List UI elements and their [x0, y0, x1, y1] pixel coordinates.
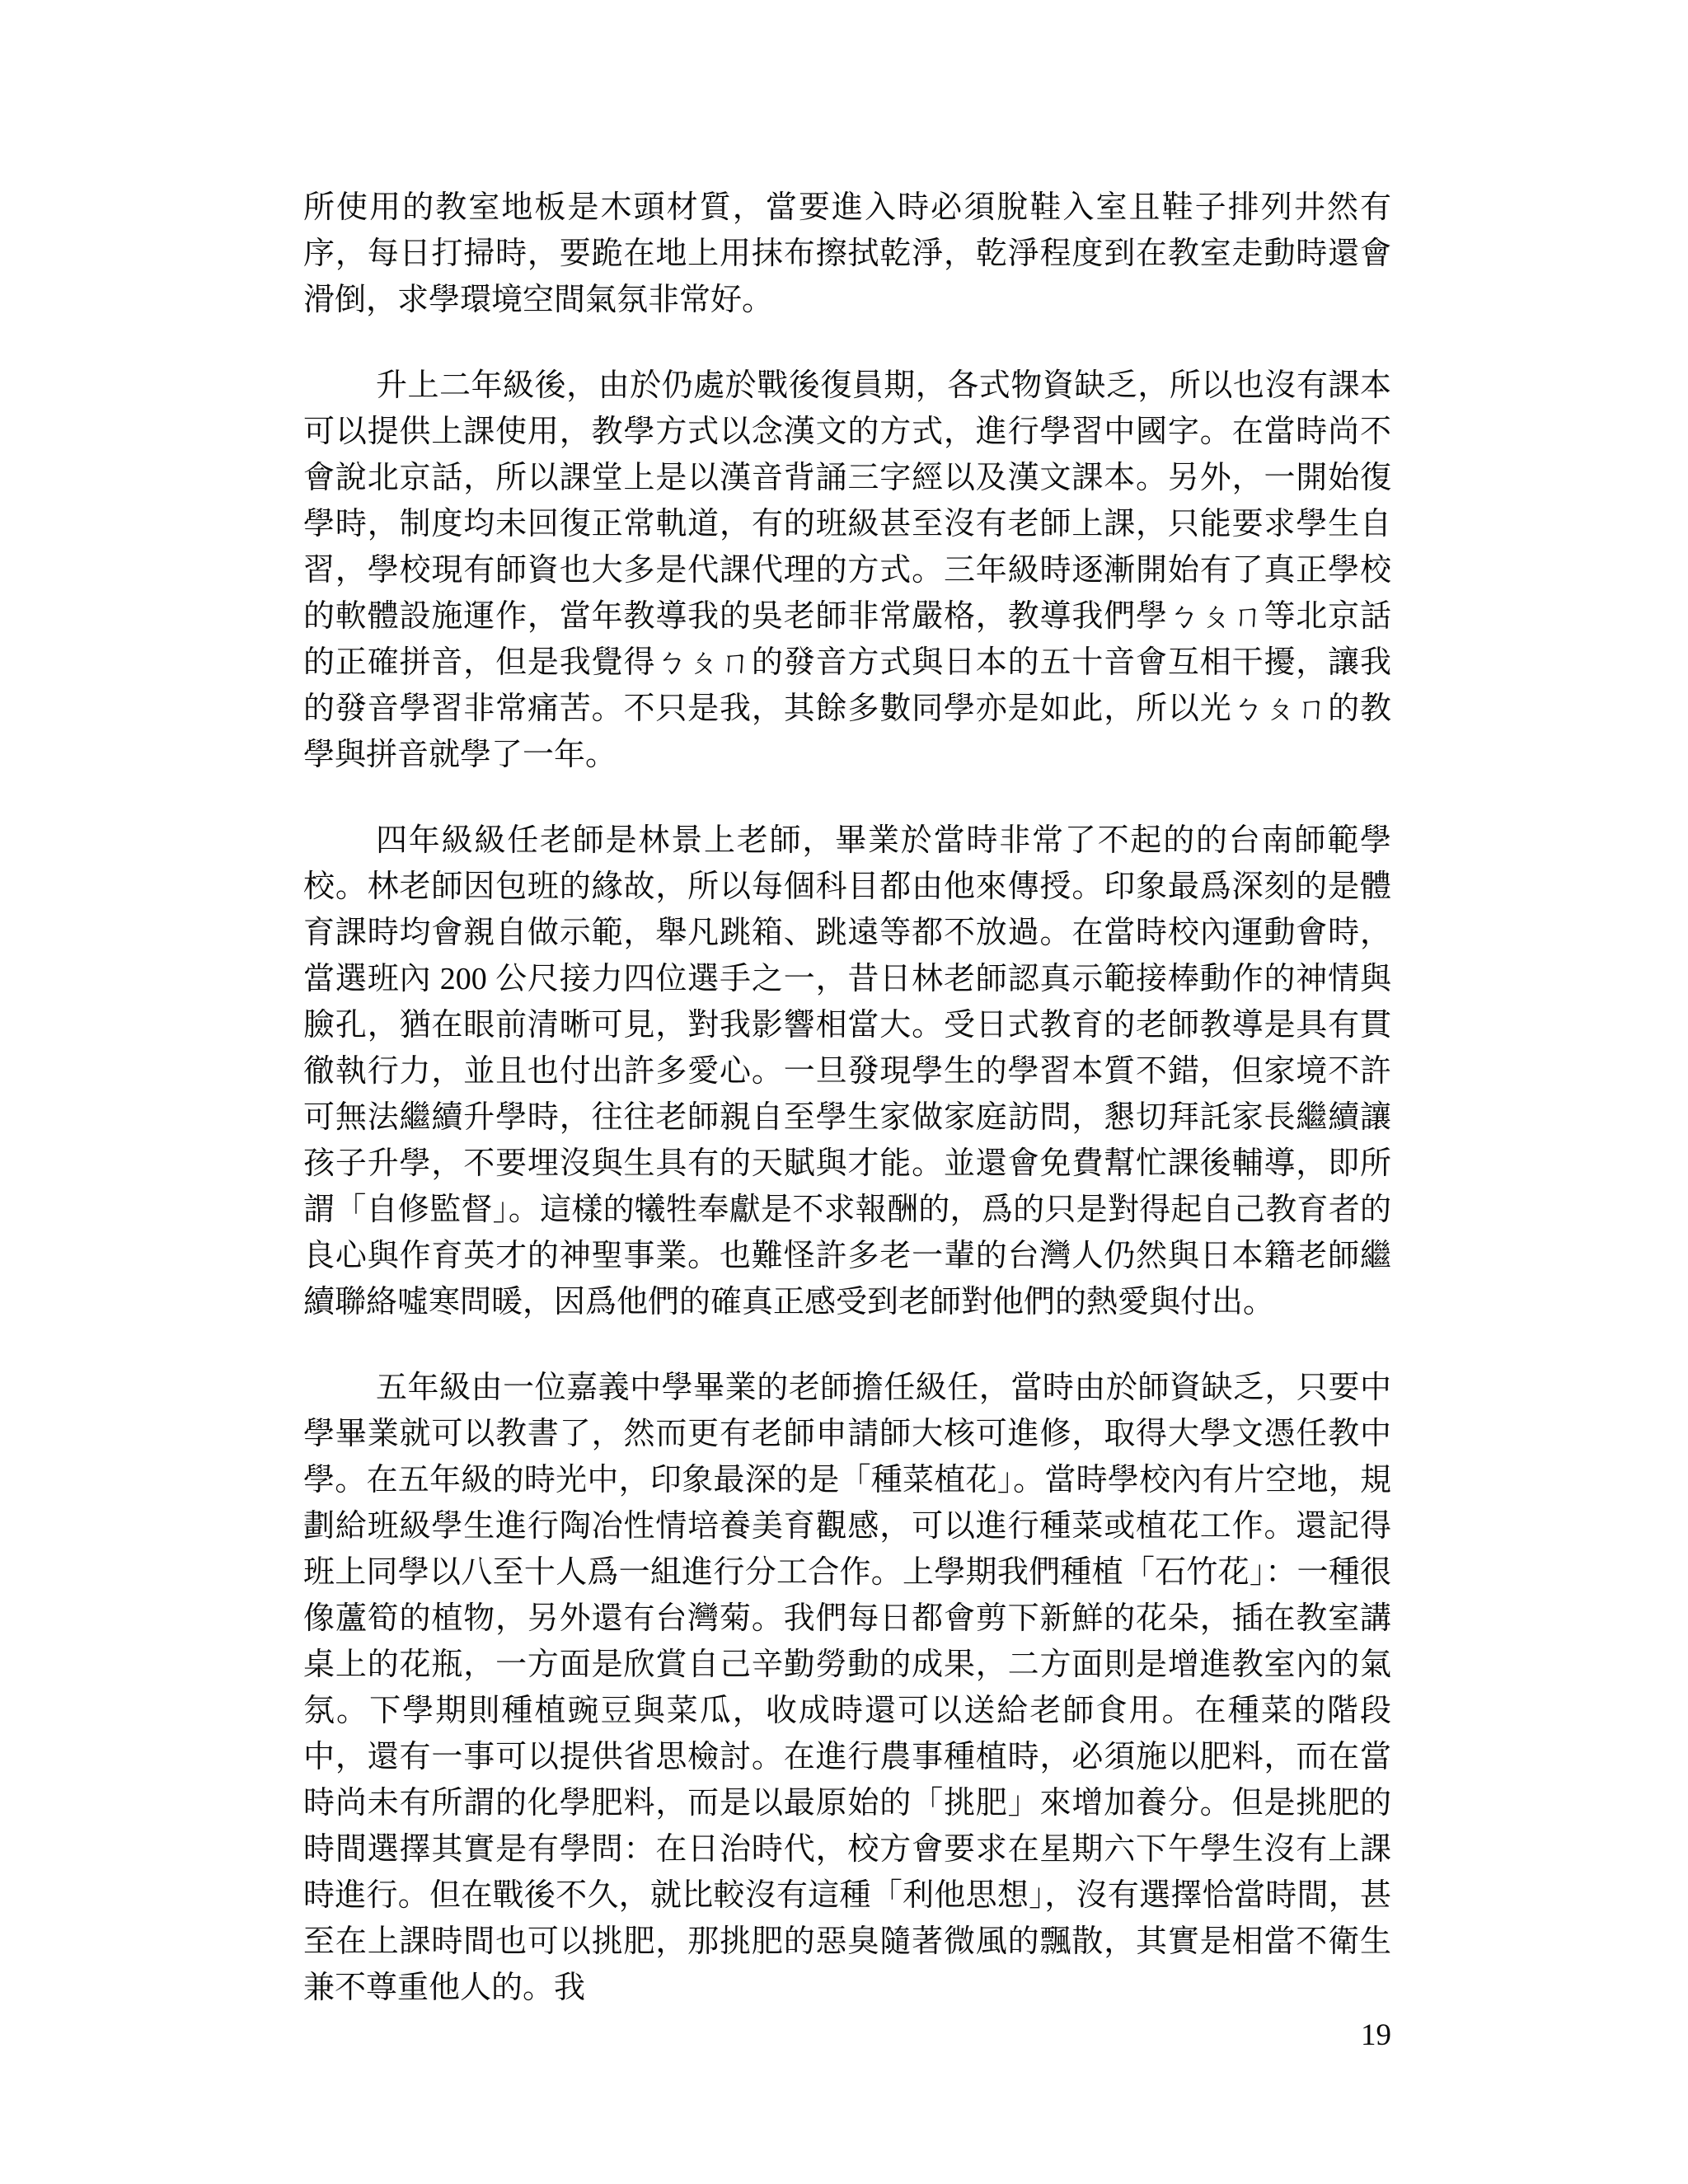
document-page: 所使用的教室地板是木頭材質，當要進入時必須脫鞋入室且鞋子排列井然有序，每日打掃時…: [0, 0, 1688, 2184]
page-number: 19: [303, 2019, 1391, 2052]
paragraph-1: 所使用的教室地板是木頭材質，當要進入時必須脫鞋入室且鞋子排列井然有序，每日打掃時…: [303, 185, 1391, 323]
page-body: 所使用的教室地板是木頭材質，當要進入時必須脫鞋入室且鞋子排列井然有序，每日打掃時…: [303, 185, 1391, 2011]
paragraph-4: 五年級由一位嘉義中學畢業的老師擔任級任，當時由於師資缺乏，只要中學畢業就可以教書…: [303, 1365, 1391, 2011]
paragraph-3: 四年級級任老師是林景上老師，畢業於當時非常了不起的的台南師範學校。林老師因包班的…: [303, 818, 1391, 1325]
paragraph-2: 升上二年級後，由於仍處於戰後復員期，各式物資缺乏，所以也沒有課本可以提供上課使用…: [303, 363, 1391, 778]
